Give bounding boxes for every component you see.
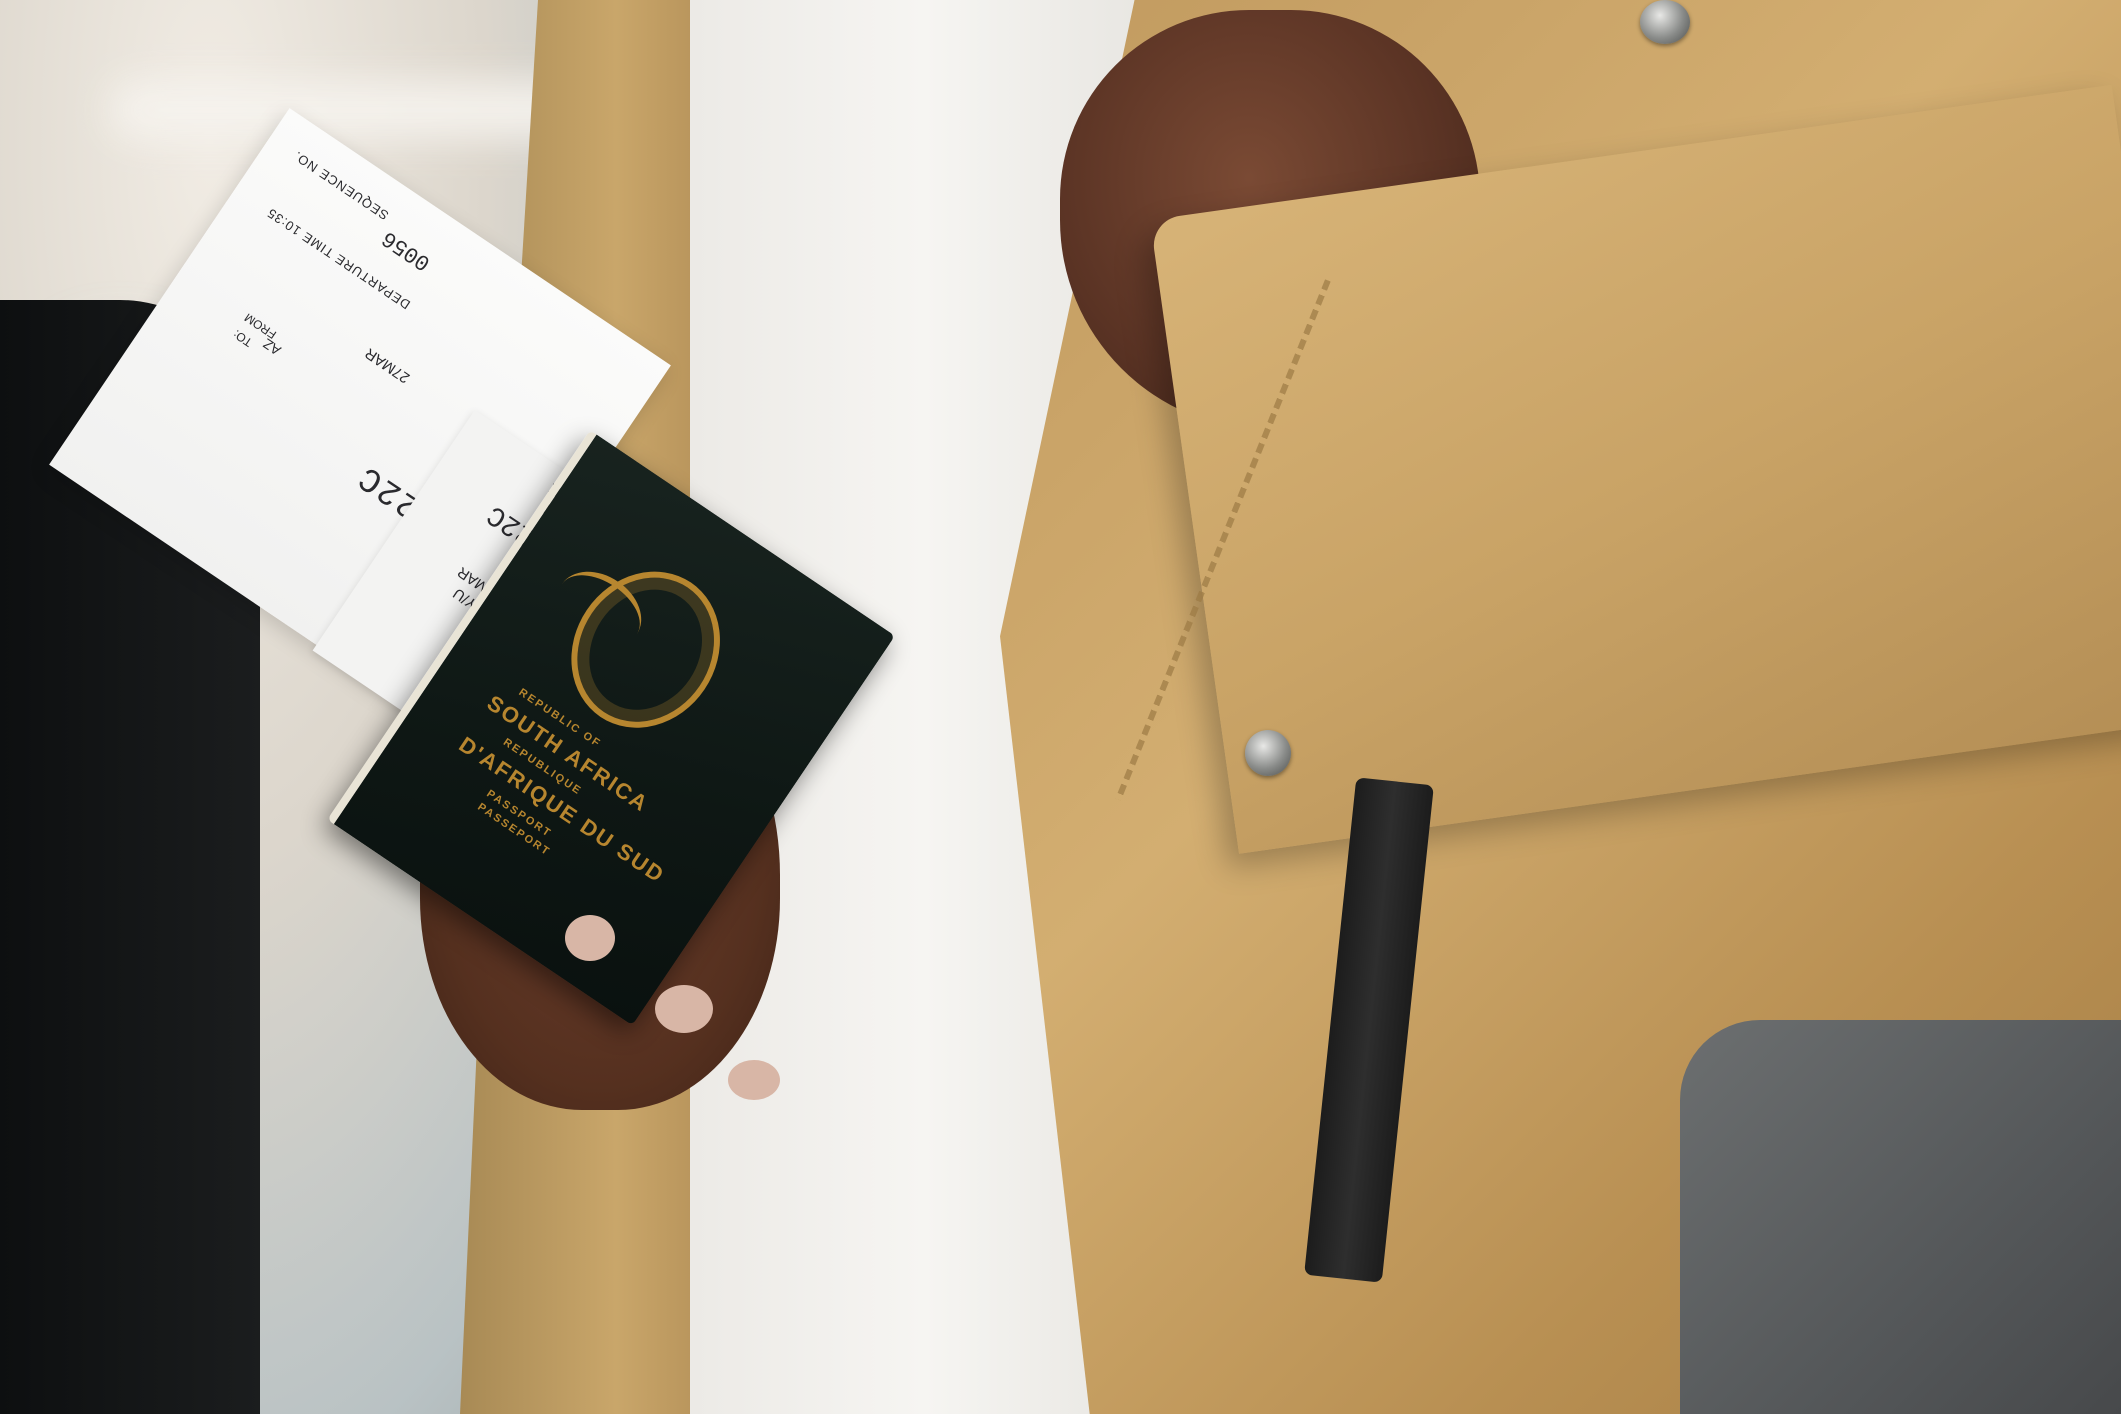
jacket-sleeve [1150,85,2121,854]
thumbnail [565,915,615,961]
flight-date: 27MAR [362,344,413,386]
collar-snap-button [1640,0,1690,44]
cuff-snap-button [1245,730,1291,776]
to-label: TO: [231,327,255,350]
departure-time: DEPARTURE TIME 10:35 [264,205,413,312]
grey-bag [1680,1020,2121,1414]
sequence-number: 0056 [378,225,436,275]
fingernail [728,1060,780,1100]
fingernail [655,985,713,1033]
